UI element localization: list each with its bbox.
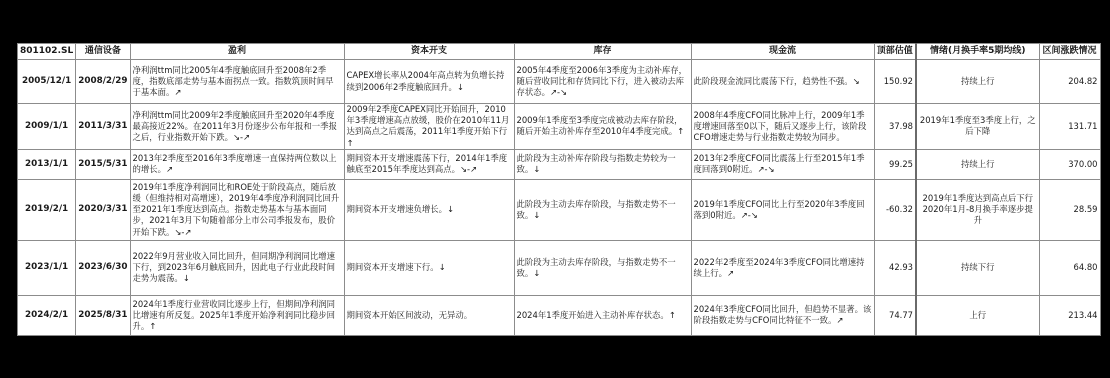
profit-cell: 净利润ttm同比2009年2季度触底回升至2020年4季度最高接近22%。在20… xyxy=(130,104,344,150)
change-cell: 28.59 xyxy=(1039,179,1100,240)
start-date: 2023/1/1 xyxy=(18,240,76,295)
start-date: 2019/2/1 xyxy=(18,179,76,240)
change-cell: 64.80 xyxy=(1039,240,1100,295)
sentiment-cell: 持续上行 xyxy=(916,60,1039,104)
top-valuation-cell: 150.92 xyxy=(874,60,916,104)
inventory-cell: 2009年1季度至3季度完成被动去库存阶段，随后开始主动补库存至2010年4季度… xyxy=(514,104,691,150)
end-date: 2025/8/31 xyxy=(76,295,130,335)
inventory-cell: 此阶段为主动去库存阶段，与指数走势不一致。↓ xyxy=(514,240,691,295)
header-index-code: 801102.SL xyxy=(18,44,76,60)
start-date: 2013/1/1 xyxy=(18,149,76,179)
start-date: 2005/12/1 xyxy=(18,60,76,104)
start-date: 2009/1/1 xyxy=(18,104,76,150)
capex-cell: 2009年2季度CAPEX同比开始回升，2010年3季度增速高点放缓，股价在20… xyxy=(344,104,514,150)
header-row: 801102.SL 通信设备 盈利 资本开支 库存 现金流 顶部估值 情绪(月换… xyxy=(18,44,1101,60)
change-cell: 370.00 xyxy=(1039,149,1100,179)
capex-cell: CAPEX增长率从2004年高点转为负增长持续到2006年2季度触底回升。↓ xyxy=(344,60,514,104)
header-change: 区间涨跌情况 xyxy=(1039,44,1100,60)
top-valuation-cell: -60.32 xyxy=(874,179,916,240)
capex-cell: 期间资本开支增速震荡下行，2014年1季度触底至2015年季度达到高点。↘-↗ xyxy=(344,149,514,179)
profit-cell: 2019年1季度净利润同比和ROE处于阶段高点，随后放缓（但维持相对高增速），2… xyxy=(130,179,344,240)
cashflow-cell: 2013年2季度CFO同比震荡上行至2015年1季度回落到0附近。↗-↘ xyxy=(691,149,874,179)
change-cell: 204.82 xyxy=(1039,60,1100,104)
cashflow-cell: 2022年2季度至2024年3季度CFO同比增速持续上行。↗ xyxy=(691,240,874,295)
table-row: 2009/1/1 2011/3/31 净利润ttm同比2009年2季度触底回升至… xyxy=(18,104,1101,150)
table-row: 2023/1/1 2023/6/30 2022年9月营业收入同比回升，但同期净利… xyxy=(18,240,1101,295)
sentiment-cell: 持续上行 xyxy=(916,149,1039,179)
cashflow-cell: 2019年1季度CFO同比上行至2020年3季度回落到0附近。↗-↘ xyxy=(691,179,874,240)
cashflow-cell: 2024年3季度CFO同比回升，但趋势不显著。该阶段指数走势与CFO同比特征不一… xyxy=(691,295,874,335)
top-valuation-cell: 74.77 xyxy=(874,295,916,335)
table-row: 2005/12/1 2008/2/29 净利润ttm同比2005年4季度触底回升… xyxy=(18,60,1101,104)
capex-cell: 期间资本开支增速下行。↓ xyxy=(344,240,514,295)
change-cell: 131.71 xyxy=(1039,104,1100,150)
header-inventory: 库存 xyxy=(514,44,691,60)
header-profit: 盈利 xyxy=(130,44,344,60)
capex-cell: 期间资本开始区间波动，无异动。 xyxy=(344,295,514,335)
profit-cell: 净利润ttm同比2005年4季度触底回升至2008年2季度，指数底部走势与基本面… xyxy=(130,60,344,104)
end-date: 2015/5/31 xyxy=(76,149,130,179)
inventory-cell: 2005年4季度至2006年3季度为主动补库存，随后营收同比和存货同比下行，进入… xyxy=(514,60,691,104)
header-top-valuation: 顶部估值 xyxy=(874,44,916,60)
analysis-table: 801102.SL 通信设备 盈利 资本开支 库存 现金流 顶部估值 情绪(月换… xyxy=(17,43,1101,336)
profit-cell: 2024年1季度行业营收同比逐步上行，但期间净利润同比增速有所反复。2025年1… xyxy=(130,295,344,335)
change-cell: 213.44 xyxy=(1039,295,1100,335)
profit-cell: 2013年2季度至2016年3季度增速一直保持两位数以上的增长。↗ xyxy=(130,149,344,179)
cashflow-cell: 2008年4季度CFO同比脉冲上行，2009年1季度增速回落至0以下，随后又逐步… xyxy=(691,104,874,150)
profit-cell: 2022年9月营业收入同比回升，但同期净利润同比增速下行，到2023年6月触底回… xyxy=(130,240,344,295)
table-row: 2019/2/1 2020/3/31 2019年1季度净利润同比和ROE处于阶段… xyxy=(18,179,1101,240)
capex-cell: 期间资本开支增速负增长。↓ xyxy=(344,179,514,240)
table-row: 2024/2/1 2025/8/31 2024年1季度行业营收同比逐步上行，但期… xyxy=(18,295,1101,335)
top-valuation-cell: 42.93 xyxy=(874,240,916,295)
inventory-cell: 2024年1季度开始进入主动补库存状态。↑ xyxy=(514,295,691,335)
top-valuation-cell: 37.98 xyxy=(874,104,916,150)
start-date: 2024/2/1 xyxy=(18,295,76,335)
sentiment-cell: 上行 xyxy=(916,295,1039,335)
inventory-cell: 此阶段为主动去库存阶段，与指数走势不一致。↓ xyxy=(514,179,691,240)
cashflow-cell: 此阶段现金流同比震荡下行，趋势性不强。↘ xyxy=(691,60,874,104)
sentiment-cell: 持续下行 xyxy=(916,240,1039,295)
top-valuation-cell: 99.25 xyxy=(874,149,916,179)
header-cashflow: 现金流 xyxy=(691,44,874,60)
sentiment-cell: 2019年1季度至3季度上行，之后下降 xyxy=(916,104,1039,150)
end-date: 2008/2/29 xyxy=(76,60,130,104)
sentiment-cell: 2019年1季度达到高点后下行 2020年1月-8月换手率逐步提升 xyxy=(916,179,1039,240)
end-date: 2023/6/30 xyxy=(76,240,130,295)
header-industry: 通信设备 xyxy=(76,44,130,60)
end-date: 2020/3/31 xyxy=(76,179,130,240)
header-capex: 资本开支 xyxy=(344,44,514,60)
inventory-cell: 此阶段为主动补库存阶段与指数走势较为一致。↓ xyxy=(514,149,691,179)
table-row: 2013/1/1 2015/5/31 2013年2季度至2016年3季度增速一直… xyxy=(18,149,1101,179)
header-sentiment: 情绪(月换手率5期均线) xyxy=(916,44,1039,60)
end-date: 2011/3/31 xyxy=(76,104,130,150)
